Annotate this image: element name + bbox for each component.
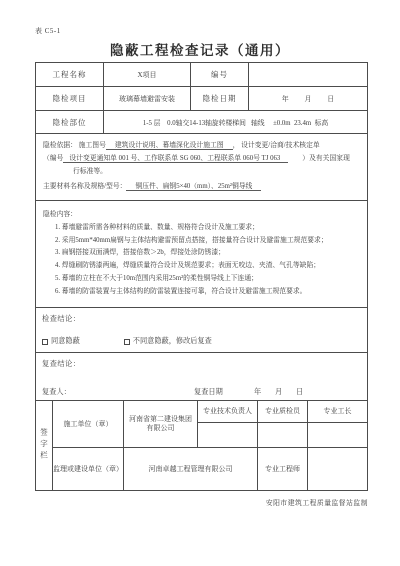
inspection-content-section: 隐检内容： 1. 幕墙避雷所需各种材料的质量、数量、规格符合设计及施工要求； 2… — [36, 201, 367, 308]
checkbox-disagree-icon[interactable] — [124, 339, 130, 345]
inspection-basis-section: 隐检依据： 施工图号建筑设计说明、幕墙深化设计施工图， 设计变更/洽商/技术核定… — [36, 134, 367, 201]
check-conclusion-label: 检查结论： — [42, 313, 80, 326]
inspection-location-value: 1-5 层 0.0轴交14-13轴旋转楼梯间 轴线 ±0.0m 23.4m 标高 — [104, 111, 367, 133]
supervisor-role: 专业工程师 — [258, 448, 308, 490]
basis-number-suffix: ）及有关国家现 — [302, 155, 350, 162]
recheck-person-label: 复查人： — [42, 386, 71, 399]
page-title: 隐蔽工程检查记录（通用） — [0, 39, 400, 59]
recheck-date-label: 复查日期 — [194, 386, 223, 399]
recheck-date-value: 年 月 日 — [254, 386, 303, 399]
number-value — [249, 63, 367, 86]
content-item: 2. 采用5mm*40mm扁钢与主体结构避雷预留点搭接，搭接量符合设计及避雷施工… — [43, 235, 360, 248]
basis-fill-numbers: 设计变更通知单 001 号、工作联系单 SG 060、工程联系单 060号 TJ… — [63, 155, 288, 163]
basis-prefix: 隐检依据： 施工图号 — [43, 142, 106, 149]
content-item: 4. 焊缝刷防锈漆两遍，焊缝质量符合设计及规范要求；表面无咬边、夹渣、气孔等缺陷… — [43, 260, 360, 273]
row-project: 工程名称 X项目 编号 — [36, 63, 367, 87]
inspection-form: 工程名称 X项目 编号 隐检项目 玻璃幕墙避雷安装 隐检日期 年 月 日 隐检部… — [35, 62, 368, 491]
checkbox-agree-icon[interactable] — [42, 339, 48, 345]
content-item: 3. 扁钢搭接双面满焊，搭接倍数＞2b，焊接处涂防锈漆； — [43, 247, 360, 260]
supervisor-signature-cell — [308, 448, 367, 490]
signature-section: 签字栏 施工单位（章） 河南省第二建设集团有限公司 专业技术负责人 专业质检员 … — [36, 401, 367, 490]
project-name-label: 工程名称 — [36, 63, 104, 86]
foreman-header: 专业工长 — [308, 401, 367, 423]
supervisor-label: 监理或建设单位（章） — [53, 448, 124, 490]
basis-number-prefix: （编号 — [43, 155, 63, 162]
materials-label: 主要材料名称及规格/型号： — [43, 183, 126, 190]
number-label: 编号 — [191, 63, 249, 86]
inspection-date-value: 年 月 日 — [249, 87, 367, 110]
issuing-authority-note: 安阳市建筑工程质量监督站监制 — [266, 497, 368, 507]
supervisor-company: 河南卓越工程管理有限公司 — [124, 448, 258, 490]
recheck-conclusion-label: 复查结论： — [42, 358, 80, 371]
option-agree-label: 同意隐蔽 — [51, 335, 80, 348]
signature-table: 施工单位（章） 河南省第二建设集团有限公司 专业技术负责人 专业质检员 专业工长… — [53, 401, 367, 490]
basis-suffix: ， 设计变更/洽商/技术核定单 — [233, 142, 320, 149]
check-conclusion-section: 检查结论： 同意隐蔽 不同意隐蔽，修改后复查 — [36, 308, 367, 353]
signature-side-label: 签字栏 — [39, 428, 50, 463]
foreman-signature-cell — [308, 423, 367, 447]
content-item: 6. 幕墙的防雷装置与主体结构的防雷装置连接可靠，符合设计及避雷施工规范要求。 — [43, 286, 360, 299]
recheck-conclusion-section: 复查结论： 复查人： 复查日期 年 月 日 — [36, 353, 367, 401]
basis-fill-drawings: 建筑设计说明、幕墙深化设计施工图 — [106, 142, 233, 150]
supervisor-row: 监理或建设单位（章） 河南卓越工程管理有限公司 专业工程师 — [53, 448, 367, 490]
option-disagree[interactable]: 不同意隐蔽，修改后复查 — [124, 335, 212, 348]
row-inspection-location: 隐检部位 1-5 层 0.0轴交14-13轴旋转楼梯间 轴线 ±0.0m 23.… — [36, 111, 367, 134]
project-name-value: X项目 — [104, 63, 191, 86]
content-item: 1. 幕墙避雷所需各种材料的质量、数量、规格符合设计及施工要求； — [43, 222, 360, 235]
builder-label: 施工单位（章） — [53, 401, 124, 447]
option-agree[interactable]: 同意隐蔽 — [42, 335, 80, 348]
inspection-location-label: 隐检部位 — [36, 111, 104, 133]
basis-line-1: 隐检依据： 施工图号建筑设计说明、幕墙深化设计施工图， 设计变更/洽商/技术核定… — [43, 139, 360, 152]
quality-inspector-signature-cell — [258, 423, 307, 447]
materials-value: 铜压件、扁钢5×40（mm）、25m²铜导线 — [126, 183, 261, 191]
quality-inspector-header: 专业质检员 — [258, 401, 307, 423]
tech-lead-header: 专业技术负责人 — [198, 401, 257, 423]
materials-line: 主要材料名称及规格/型号：铜压件、扁钢5×40（mm）、25m²铜导线 — [43, 180, 360, 193]
inspection-date-label: 隐检日期 — [191, 87, 249, 110]
column-quality-inspector: 专业质检员 — [258, 401, 308, 447]
tech-lead-signature-cell — [198, 423, 257, 447]
option-disagree-label: 不同意隐蔽，修改后复查 — [133, 335, 212, 348]
column-tech-lead: 专业技术负责人 — [198, 401, 258, 447]
conclusion-options: 同意隐蔽 不同意隐蔽，修改后复查 — [42, 335, 212, 348]
recheck-bottom-line: 复查人： 复查日期 年 月 日 — [36, 386, 367, 397]
builder-row: 施工单位（章） 河南省第二建设集团有限公司 专业技术负责人 专业质检员 专业工长 — [53, 401, 367, 448]
form-code: 表 C5-1 — [35, 26, 61, 36]
content-item: 5. 幕墙的立柱在不大于10m范围内采用25m²的柔性铜导线上下连通； — [43, 273, 360, 286]
column-foreman: 专业工长 — [308, 401, 367, 447]
row-inspection-item: 隐检项目 玻璃幕墙避雷安装 隐检日期 年 月 日 — [36, 87, 367, 111]
document-page: { "colors": { "ink": "#3b3b3b", "border"… — [0, 0, 400, 566]
inspection-item-value: 玻璃幕墙避雷安装 — [104, 87, 191, 110]
content-heading: 隐检内容： — [43, 209, 360, 222]
basis-line-2: （编号设计变更通知单 001 号、工作联系单 SG 060、工程联系单 060号… — [43, 152, 360, 165]
signature-side-column: 签字栏 — [36, 401, 53, 490]
inspection-item-label: 隐检项目 — [36, 87, 104, 110]
basis-line-3: 行标准等。 — [43, 165, 360, 178]
builder-company: 河南省第二建设集团有限公司 — [124, 401, 198, 447]
